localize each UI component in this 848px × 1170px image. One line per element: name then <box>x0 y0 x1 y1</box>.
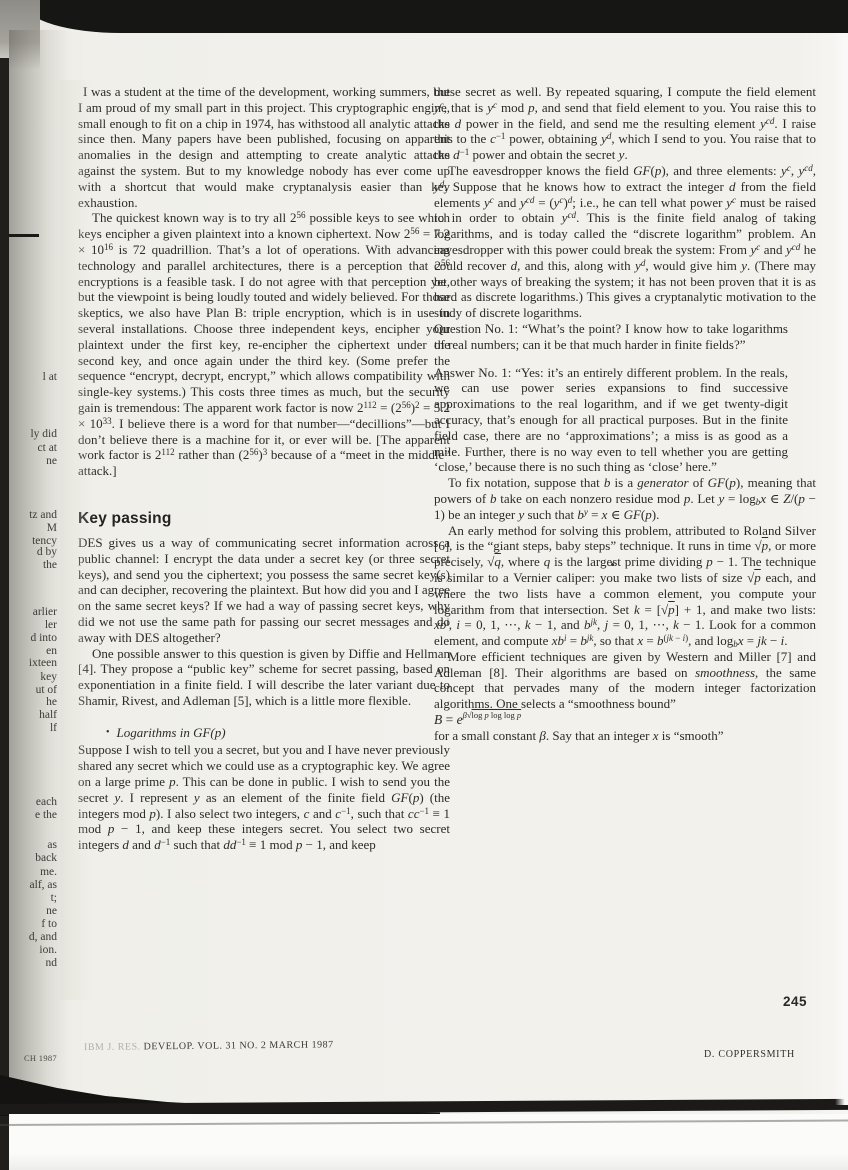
spine-text-fragment: en <box>5 645 57 657</box>
spine-text-fragment: d into <box>5 632 57 644</box>
spine-text-fragment: half <box>5 709 57 721</box>
footer-journal-faded-part: IBM J. RES. <box>84 1041 141 1053</box>
paragraph: More efficient techniques are given by W… <box>434 649 816 712</box>
spine-text-fragment: f to <box>5 918 57 930</box>
right-column: these secret as well. By repeated squari… <box>434 84 816 744</box>
spine-text-fragment: ne <box>5 455 57 467</box>
subsection-heading: •Logarithms in GF(p) <box>106 725 450 741</box>
scanned-journal-page: l atly didct atnetz andMtencyd bythearli… <box>0 0 848 1170</box>
spine-text-fragment: ler <box>5 619 57 631</box>
spine-text-fragment: ion. <box>5 944 57 956</box>
footer-author: D. COPPERSMITH <box>704 1049 795 1060</box>
left-column: I was a student at the time of the devel… <box>78 84 450 853</box>
spine-text-fragment: alf, as <box>5 879 57 891</box>
paragraph: To fix notation, suppose that b is a gen… <box>434 475 816 522</box>
spine-text-fragment: ut of <box>5 684 57 696</box>
right-page-edge <box>835 33 848 1105</box>
paragraph: The quickest known way is to try all 256… <box>78 210 450 479</box>
smoothness-bound-formula: B = eβ√log p log log p <box>434 712 816 728</box>
paragraph: DES gives us a way of communicating secr… <box>78 535 450 646</box>
page-number: 245 <box>783 994 807 1009</box>
spine-text-fragment: back <box>5 852 57 864</box>
spine-text-fragment: ne <box>5 905 57 917</box>
section-heading: Key passing <box>78 509 450 529</box>
spine-text-fragment: ct at <box>5 442 57 454</box>
spine-text-fragment: each <box>5 796 57 808</box>
paragraph: these secret as well. By repeated squari… <box>434 84 816 163</box>
spine-text-fragment: as <box>5 839 57 851</box>
answer-block: Answer No. 1: “Yes: it’s an entirely dif… <box>434 365 788 476</box>
spine-text-fragment: ly did <box>5 428 57 440</box>
spine-text-fragment: he <box>5 696 57 708</box>
paragraph: The eavesdropper knows the field GF(p), … <box>434 163 816 321</box>
spine-gutter-shadow: l atly didct atnetz andMtencyd bythearli… <box>9 30 69 1108</box>
spine-text-fragment: d by <box>5 546 57 558</box>
spine-text-fragment: key <box>5 671 57 683</box>
spine-text-fragment: lf <box>5 722 57 734</box>
spine-text-fragment: nd <box>5 957 57 969</box>
stray-ink-mark <box>9 234 39 237</box>
top-scan-border <box>26 0 848 33</box>
bullet-marker: • <box>106 727 110 738</box>
spine-text-fragment: tz and <box>5 509 57 521</box>
spine-text-fragment: l at <box>5 371 57 383</box>
spine-text-fragment: CH 1987 <box>5 1052 57 1064</box>
print-artifact-dot <box>611 563 614 566</box>
spine-text-fragment: e the <box>5 809 57 821</box>
footer-journal-main-part: DEVELOP. VOL. 31 NO. 2 MARCH 1987 <box>144 1039 334 1052</box>
paragraph: I was a student at the time of the devel… <box>78 84 450 210</box>
spine-text-fragment: ixteen <box>5 657 57 669</box>
spine-text-fragment: d, and <box>5 931 57 943</box>
paragraph: for a small constant β. Say that an inte… <box>434 728 816 744</box>
paragraph: One possible answer to this question is … <box>78 646 450 709</box>
question-block: Question No. 1: “What’s the point? I kno… <box>434 321 788 353</box>
spine-text-fragment: arlier <box>5 606 57 618</box>
subsection-heading-label: Logarithms in GF(p) <box>117 725 226 740</box>
paragraph: Suppose I wish to tell you a secret, but… <box>78 742 450 853</box>
paragraph: An early method for solving this problem… <box>434 523 816 649</box>
spine-text-fragment: me. <box>5 866 57 878</box>
spine-text-fragment: t; <box>5 892 57 904</box>
spine-text-fragment: M <box>5 522 57 534</box>
spine-text-fragment: the <box>5 559 57 571</box>
